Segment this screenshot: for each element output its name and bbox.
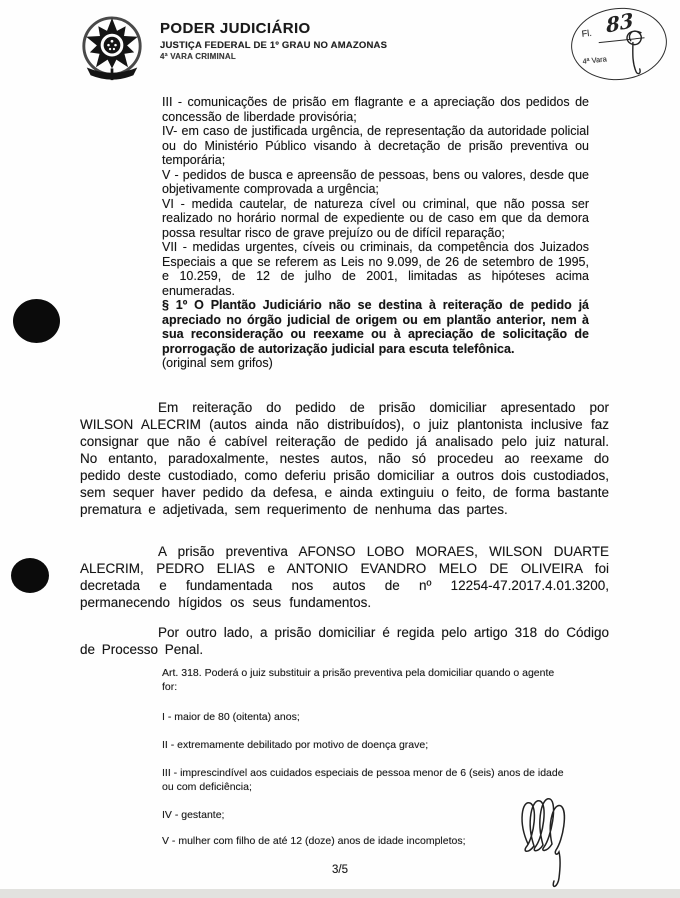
- scanned-document-page: PODER JUDICIÁRIO JUSTIÇA FEDERAL DE 1º G…: [0, 0, 680, 898]
- art318-item-3: III - imprescindível aos cuidados especi…: [162, 766, 564, 794]
- signature-icon: [514, 794, 582, 898]
- art318-intro: Art. 318. Poderá o juiz substituir a pri…: [162, 666, 564, 694]
- body-paragraph-1: Em reiteração do pedido de prisão domici…: [80, 399, 609, 518]
- stamp-vara-label: 4ª Vara: [582, 54, 607, 65]
- art318-item-5: V - mulher com filho de até 12 (doze) an…: [162, 834, 564, 848]
- citation-item-v: V - pedidos de busca e apreensão de pess…: [162, 168, 589, 197]
- hole-punch-mark: [13, 299, 60, 343]
- art318-item-4: IV - gestante;: [162, 808, 564, 822]
- body-paragraph-2: A prisão preventiva AFONSO LOBO MORAES, …: [80, 543, 609, 611]
- citation-paragraph-1: § 1º O Plantão Judiciário não se destina…: [162, 298, 589, 356]
- stamp-rubric-icon: [616, 23, 658, 83]
- art318-block: Art. 318. Poderá o juiz substituir a pri…: [162, 666, 564, 862]
- body-paragraph-3: Por outro lado, a prisão domiciliar é re…: [80, 624, 609, 658]
- citation-item-vii: VII - medidas urgentes, cíveis ou crimin…: [162, 240, 589, 298]
- scan-edge-artifact: [0, 889, 680, 898]
- citation-block: III - comunicações de prisão em flagrant…: [162, 95, 589, 371]
- citation-item-iii: III - comunicações de prisão em flagrant…: [162, 95, 589, 124]
- org-unit: 4ª VARA CRIMINAL: [160, 53, 387, 62]
- org-subtitle: JUSTIÇA FEDERAL DE 1º GRAU NO AMAZONAS: [160, 41, 387, 51]
- stamp-fl-label: Fl.: [581, 28, 592, 39]
- art318-item-2: II - extremamente debilitado por motivo …: [162, 738, 564, 752]
- coat-of-arms-icon: [80, 16, 144, 84]
- folio-stamp: Fl. 83 4ª Vara: [567, 3, 670, 85]
- citation-note: (original sem grifos): [162, 356, 589, 371]
- org-title: PODER JUDICIÁRIO: [160, 21, 387, 38]
- art318-item-1: I - maior de 80 (oitenta) anos;: [162, 710, 564, 724]
- citation-item-vi: VI - medida cautelar, de natureza cível …: [162, 197, 589, 241]
- citation-item-iv: IV- em caso de justificada urgência, de …: [162, 124, 589, 168]
- document-header: PODER JUDICIÁRIO JUSTIÇA FEDERAL DE 1º G…: [160, 21, 387, 62]
- hole-punch-mark: [11, 558, 49, 593]
- page-number: 3/5: [0, 864, 680, 876]
